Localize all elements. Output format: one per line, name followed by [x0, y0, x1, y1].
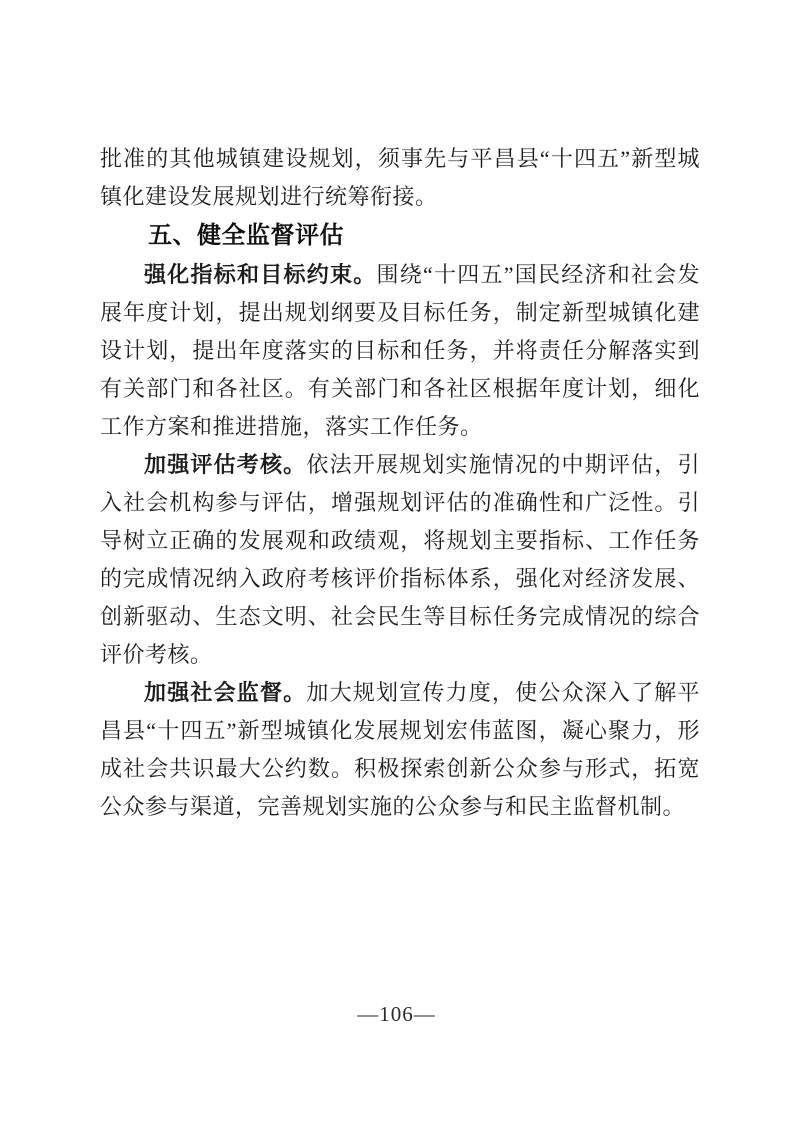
page-content: 批准的其他城镇建设规划，须事先与平昌县“十四五”新型城镇化建设发展规划进行统筹衔…: [100, 140, 700, 826]
paragraph: 强化指标和目标约束。围绕“十四五”国民经济和社会发展年度计划，提出规划纲要及目标…: [100, 256, 700, 446]
section-heading: 五、健全监督评估: [100, 216, 700, 256]
paragraph-text: 依法开展规划实施情况的中期评估，引入社会机构参与评估，增强规划评估的准确性和广泛…: [100, 452, 700, 667]
paragraph-text: 围绕“十四五”国民经济和社会发展年度计划，提出规划纲要及目标任务，制定新型城镇化…: [100, 262, 700, 439]
page-number: —106—: [357, 1002, 436, 1026]
paragraph-lead: 强化指标和目标约束。: [144, 262, 376, 287]
paragraph-lead: 加强评估考核。: [144, 452, 306, 477]
page-footer: —106—: [0, 1002, 793, 1027]
paragraph-continuation: 批准的其他城镇建设规划，须事先与平昌县“十四五”新型城镇化建设发展规划进行统筹衔…: [100, 140, 700, 216]
paragraph: 加强社会监督。加大规划宣传力度，使公众深入了解平昌县“十四五”新型城镇化发展规划…: [100, 674, 700, 826]
document-page: 批准的其他城镇建设规划，须事先与平昌县“十四五”新型城镇化建设发展规划进行统筹衔…: [0, 0, 793, 1122]
paragraph: 加强评估考核。依法开展规划实施情况的中期评估，引入社会机构参与评估，增强规划评估…: [100, 446, 700, 674]
paragraph-lead: 加强社会监督。: [144, 680, 306, 705]
